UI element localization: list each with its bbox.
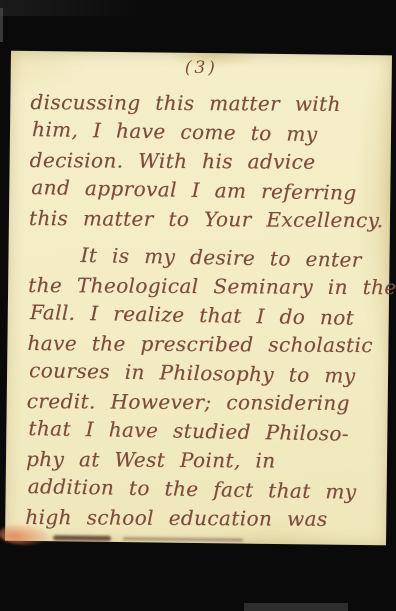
handwritten-line-3: decision. With his advice [30, 146, 381, 177]
handwritten-line-15: high school education was [25, 503, 376, 534]
handwritten-line-5: this matter to Your Excellency. [29, 204, 380, 235]
handwritten-line-14: addition to the fact that my [27, 472, 378, 507]
handwritten-line-2: him, I have come to my [32, 115, 383, 150]
scan-edge-artifact [0, 8, 3, 42]
letter-body: discussing this matter with him, I have … [25, 87, 381, 535]
handwritten-line-6: It is my desire to enter [30, 240, 381, 275]
handwritten-line-1: discussing this matter with [30, 88, 381, 119]
scan-edge-artifact-bottom [244, 603, 348, 611]
letter-page: (3) discussing this matter with him, I h… [5, 51, 392, 546]
scan-light-artifact [0, 0, 150, 16]
scanner-background: (3) discussing this matter with him, I h… [0, 0, 396, 611]
handwritten-line-13: phy at West Point, in [26, 445, 377, 476]
page-number: (3) [11, 56, 392, 81]
handwritten-line-11: credit. However; considering [27, 387, 378, 418]
handwritten-line-4: and approval I am referring [31, 173, 382, 208]
handwritten-line-7: the Theological Seminary in the [28, 271, 379, 302]
handwritten-line-12: that I have studied Philoso- [28, 414, 379, 449]
pink-smudge-stain [0, 523, 51, 546]
handwritten-line-10: courses in Philosophy to my [29, 356, 380, 391]
handwritten-line-8: Fall. I realize that I do not [30, 298, 381, 333]
cutoff-ink-mark [53, 535, 111, 541]
cutoff-ink-mark-2 [123, 537, 243, 541]
handwritten-line-9: have the prescribed scholastic [27, 329, 378, 360]
